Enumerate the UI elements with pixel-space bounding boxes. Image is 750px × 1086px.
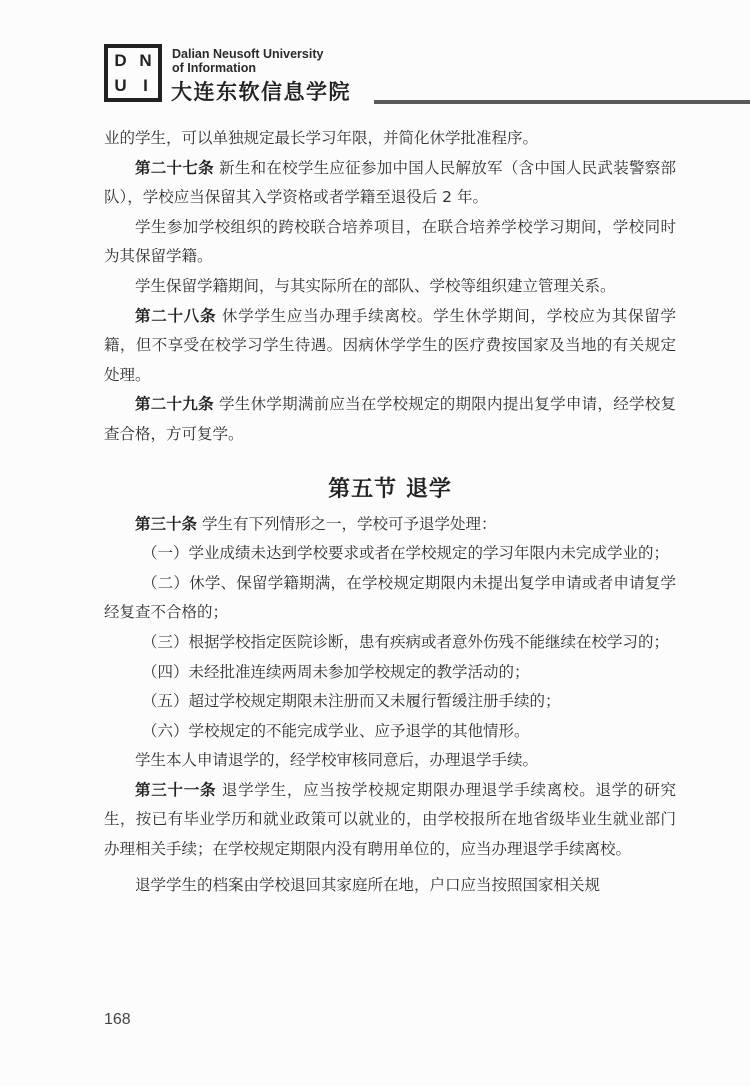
- article-30: 第三十条 学生有下列情形之一，学校可予退学处理：: [104, 510, 676, 540]
- university-name-en-line1: Dalian Neusoft University: [172, 47, 323, 61]
- article-27: 第二十七条 新生和在校学生应征参加中国人民解放军（含中国人民武装警察部队），学校…: [104, 154, 676, 213]
- list-item: （四）未经批准连续两周未参加学校规定的教学活动的；: [104, 658, 676, 688]
- page-number: 168: [104, 1011, 131, 1029]
- logo-letter: U: [114, 77, 126, 94]
- article-text: 学生有下列情形之一，学校可予退学处理：: [197, 515, 496, 533]
- list-item: （一）学业成绩未达到学校要求或者在学校规定的学习年限内未完成学业的；: [104, 539, 676, 569]
- document-body: 业的学生，可以单独规定最长学习年限，并简化休学批准程序。 第二十七条 新生和在校…: [104, 124, 676, 900]
- logo-letter: N: [139, 52, 151, 69]
- article-28: 第二十八条 休学学生应当办理手续离校。学生休学期间，学校应为其保留学籍，但不享受…: [104, 302, 676, 391]
- paragraph: 学生保留学籍期间，与其实际所在的部队、学校等组织建立管理关系。: [104, 272, 676, 302]
- header-rule: [374, 100, 750, 104]
- list-item: （三）根据学校指定医院诊断，患有疾病或者意外伤残不能继续在校学习的；: [104, 628, 676, 658]
- list-item: （二）休学、保留学籍期满，在学校规定期限内未提出复学申请或者申请复学经复查不合格…: [104, 569, 676, 628]
- list-item: （五）超过学校规定期限未注册而又未履行暂缓注册手续的；: [104, 687, 676, 717]
- paragraph: 退学学生的档案由学校退回其家庭所在地，户口应当按照国家相关规: [104, 871, 676, 901]
- paragraph: 学生参加学校组织的跨校联合培养项目，在联合培养学校学习期间，学校同时为其保留学籍…: [104, 213, 676, 272]
- paragraph: 业的学生，可以单独规定最长学习年限，并简化休学批准程序。: [104, 124, 676, 154]
- logo-letter: I: [143, 77, 148, 94]
- paragraph: 学生本人申请退学的，经学校审核同意后，办理退学手续。: [104, 746, 676, 776]
- university-name-en: Dalian Neusoft University of Information: [172, 47, 323, 75]
- university-name-cn: 大连东软信息学院: [171, 80, 351, 104]
- article-label: 第二十九条: [135, 395, 214, 413]
- university-name-en-line2: of Information: [172, 61, 323, 75]
- article-29: 第二十九条 学生休学期满前应当在学校规定的期限内提出复学申请，经学校复查合格，方…: [104, 390, 676, 449]
- article-label: 第三十一条: [135, 781, 216, 799]
- article-label: 第三十条: [135, 515, 197, 533]
- article-label: 第二十八条: [135, 307, 216, 325]
- logo-letter: D: [114, 52, 126, 69]
- article-31: 第三十一条 退学学生，应当按学校规定期限办理退学手续离校。退学的研究生，按已有毕…: [104, 776, 676, 865]
- list-item: （六）学校规定的不能完成学业、应予退学的其他情形。: [104, 717, 676, 747]
- section-title: 第五节 退学: [104, 474, 676, 506]
- logo: D N U I: [104, 44, 162, 102]
- article-label: 第二十七条: [135, 159, 214, 177]
